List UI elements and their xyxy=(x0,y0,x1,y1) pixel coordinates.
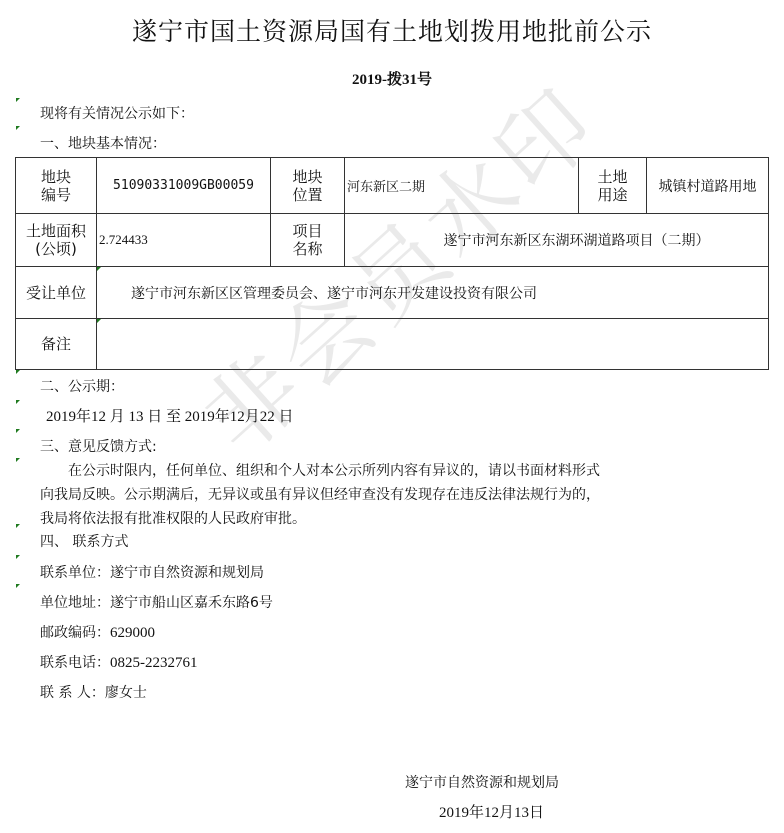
assignee-text: 遂宁市河东新区区管理委员会、遂宁市河东开发建设投资有限公司 xyxy=(131,286,537,302)
page-title: 遂宁市国土资源局国有土地划拨用地批前公示 xyxy=(0,12,784,48)
contact-value: 遂宁市船山区嘉禾东路6号 xyxy=(110,595,273,611)
label-line: 用途 xyxy=(579,186,646,204)
label-line: 编号 xyxy=(16,186,96,204)
intro-text: 现将有关情况公示如下： xyxy=(40,103,194,123)
table-row: 土地面积 (公顷) 2.724433 项目 名称 遂宁市河东新区东湖环湖道路项目… xyxy=(16,214,769,267)
paragraph-marker-icon xyxy=(16,429,20,433)
contact-address: 单位地址：遂宁市船山区嘉禾东路6号 xyxy=(40,592,273,612)
contact-label: 联系电话： xyxy=(40,655,110,671)
cell-marker-icon xyxy=(97,319,101,323)
label-line: 土地面积 xyxy=(16,222,96,240)
section1-heading: 一、地块基本情况： xyxy=(40,133,166,153)
paragraph-marker-icon xyxy=(16,555,20,559)
paragraph-line: 向我局反映。公示期满后，无异议或虽有异议但经审查没有发现存在违反法律法规行为的， xyxy=(40,483,700,507)
area-value: 2.724433 xyxy=(97,214,271,267)
location-label: 地块 位置 xyxy=(271,158,345,214)
cell-marker-icon xyxy=(97,267,101,271)
paragraph-marker-icon xyxy=(16,458,20,462)
usage-value: 城镇村道路用地 xyxy=(647,158,769,214)
feedback-paragraph: 在公示时限内，任何单位、组织和个人对本公示所列内容有异议的，请以书面材料形式 向… xyxy=(40,459,700,531)
contact-value: 廖女士 xyxy=(105,685,147,701)
label-line: 地块 xyxy=(271,168,344,186)
paragraph-line: 在公示时限内，任何单位、组织和个人对本公示所列内容有异议的，请以书面材料形式 xyxy=(40,459,700,483)
paragraph-marker-icon xyxy=(16,370,20,374)
section3-heading: 三、意见反馈方式: xyxy=(40,436,157,456)
paragraph-marker-icon xyxy=(16,400,20,404)
assignee-label: 受让单位 xyxy=(16,267,97,319)
section2-heading: 二、公示期： xyxy=(40,376,124,396)
assignee-value: 遂宁市河东新区区管理委员会、遂宁市河东开发建设投资有限公司 xyxy=(97,267,769,319)
signature-date: 2019年12月13日 xyxy=(439,801,544,822)
section4-heading: 四、 联系方式 xyxy=(40,531,128,551)
contact-person: 联 系 人：廖女士 xyxy=(40,682,147,702)
contact-value: 629000 xyxy=(110,625,155,641)
contact-value: 0825-2232761 xyxy=(110,655,198,671)
label-line: 项目 xyxy=(271,222,344,240)
paragraph-marker-icon xyxy=(16,524,20,528)
table-row: 受让单位 遂宁市河东新区区管理委员会、遂宁市河东开发建设投资有限公司 xyxy=(16,267,769,319)
label-line: 土地 xyxy=(579,168,646,186)
label-line: (公顷) xyxy=(16,240,96,258)
label-line: 地块 xyxy=(16,168,96,186)
document-number: 2019-拨31号 xyxy=(0,68,784,89)
paragraph-marker-icon xyxy=(16,98,20,102)
area-label: 土地面积 (公顷) xyxy=(16,214,97,267)
label-line: 位置 xyxy=(271,186,344,204)
paragraph-marker-icon xyxy=(16,126,20,130)
parcel-info-table: 地块 编号 51090331009GB00059 地块 位置 河东新区二期 土地… xyxy=(15,157,769,370)
location-value: 河东新区二期 xyxy=(345,158,579,214)
contact-label: 联 系 人： xyxy=(40,685,105,701)
table-row: 备注 xyxy=(16,319,769,370)
contact-organization: 联系单位：遂宁市自然资源和规划局 xyxy=(40,562,264,582)
parcel-number-label: 地块 编号 xyxy=(16,158,97,214)
project-value: 遂宁市河东新区东湖环湖道路项目（二期） xyxy=(345,214,769,267)
remarks-label: 备注 xyxy=(16,319,97,370)
usage-label: 土地 用途 xyxy=(579,158,647,214)
remarks-value xyxy=(97,319,769,370)
project-label: 项目 名称 xyxy=(271,214,345,267)
paragraph-marker-icon xyxy=(16,584,20,588)
contact-label: 邮政编码： xyxy=(40,625,110,641)
contact-postcode: 邮政编码：629000 xyxy=(40,622,155,642)
contact-value: 遂宁市自然资源和规划局 xyxy=(110,565,264,581)
paragraph-line: 我局将依法报有批准权限的人民政府审批。 xyxy=(40,507,700,531)
label-line: 名称 xyxy=(271,240,344,258)
parcel-number-value: 51090331009GB00059 xyxy=(97,158,271,214)
contact-label: 单位地址： xyxy=(40,595,110,611)
contact-phone: 联系电话：0825-2232761 xyxy=(40,652,198,672)
signature-organization: 遂宁市自然资源和规划局 xyxy=(405,772,559,792)
table-row: 地块 编号 51090331009GB00059 地块 位置 河东新区二期 土地… xyxy=(16,158,769,214)
contact-label: 联系单位： xyxy=(40,565,110,581)
publicity-period: 2019年12 月 13 日 至 2019年12月22 日 xyxy=(46,405,294,426)
